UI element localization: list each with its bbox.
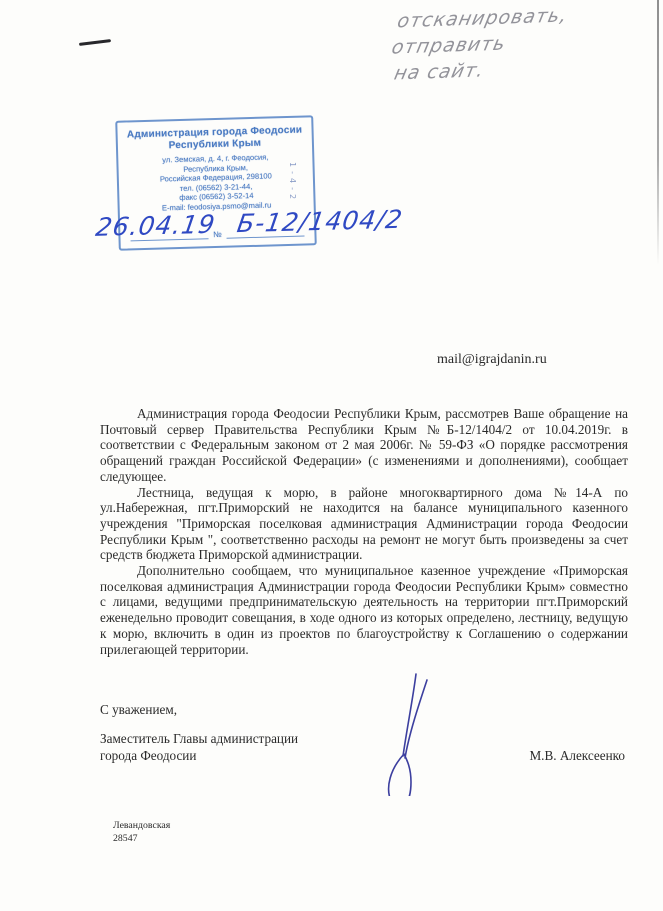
handwritten-note-line1: отсканировать, отправить xyxy=(389,0,660,61)
body-paragraph-2: Лестница, ведущая к морю, в районе много… xyxy=(100,485,628,564)
signer-position-line1: Заместитель Главы администрации xyxy=(100,731,298,748)
executor-name: Левандовская xyxy=(113,820,170,833)
signer-name: М.В. Алексеенко xyxy=(470,748,625,764)
handwritten-outgoing-number: Б-12/1404/2 xyxy=(235,205,405,238)
body-paragraph-1: Администрация города Феодосии Республики… xyxy=(100,406,628,485)
scanned-letter-page: отсканировать, отправить на сайт. Админи… xyxy=(0,0,663,911)
executor-block: Левандовская 28547 xyxy=(113,820,170,845)
handwritten-routing-note: отсканировать, отправить на сайт. xyxy=(384,0,661,87)
body-paragraph-3: Дополнительно сообщаем, что муниципально… xyxy=(100,563,628,657)
handwritten-signature xyxy=(382,670,440,796)
salutation: С уважением, xyxy=(100,702,177,718)
pen-dash-mark xyxy=(79,39,111,46)
letter-body: Администрация города Феодосии Республики… xyxy=(100,406,628,657)
signer-position-line2: города Феодосии xyxy=(100,748,298,765)
scanner-edge-line xyxy=(657,0,659,265)
recipient-email: mail@igrajdanin.ru xyxy=(437,352,547,368)
stamp-side-annotation: 1-4-2 xyxy=(288,162,297,203)
signer-position: Заместитель Главы администрации города Ф… xyxy=(100,731,298,764)
executor-code: 28547 xyxy=(113,833,170,846)
handwritten-date: 26.04.19 xyxy=(94,210,218,242)
